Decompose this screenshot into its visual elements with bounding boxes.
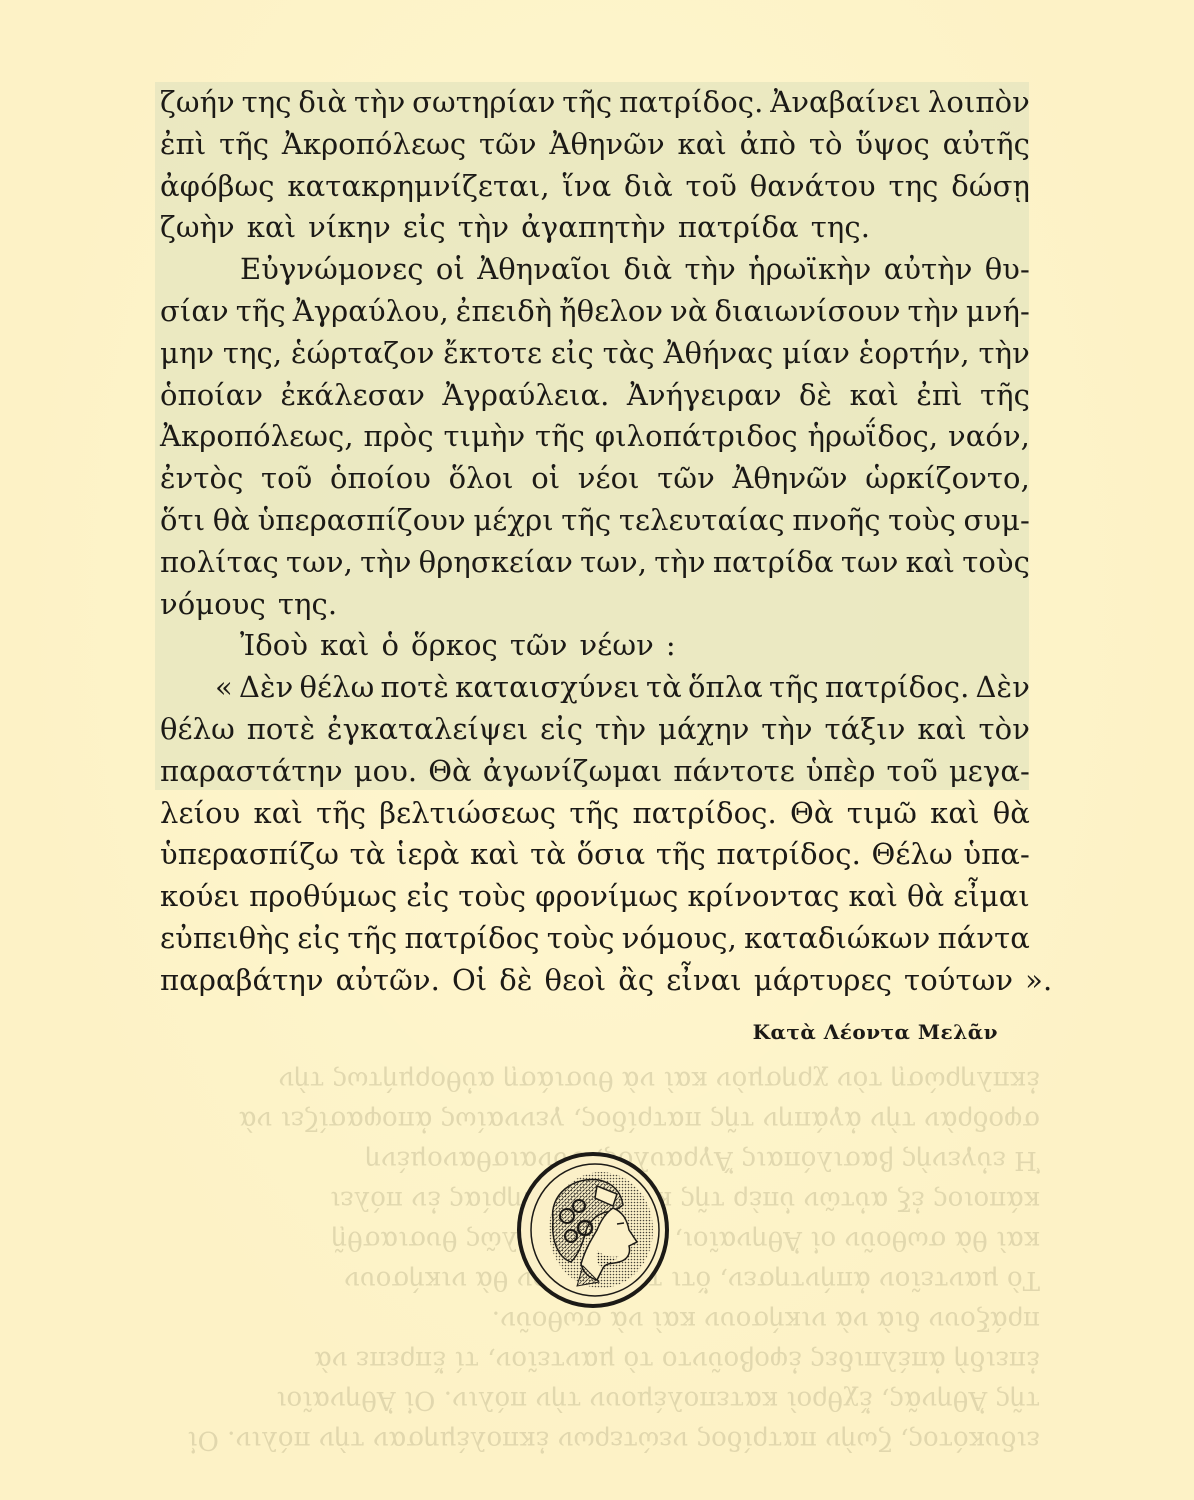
- word: ἡρωϊκὴν: [748, 249, 871, 291]
- word: θρησκείαν: [419, 542, 573, 584]
- word: τὴν: [908, 291, 959, 333]
- word: Ἀκροπόλεως: [282, 124, 466, 166]
- word: Θὰ: [428, 751, 472, 793]
- word: κούει: [160, 876, 240, 918]
- word: τὰ: [646, 667, 682, 709]
- word: ἀγαπητὴν: [521, 207, 666, 249]
- word: τιμὴν: [444, 416, 526, 458]
- text-line: κούειπροθύμωςεἰςτοὺςφρονίμωςκρίνονταςκαὶ…: [160, 876, 1030, 918]
- word: πατρίδος: [405, 918, 540, 960]
- word: τὴν: [354, 82, 405, 124]
- word: καὶ: [470, 834, 519, 876]
- word: ἐκάλεσαν: [281, 375, 425, 417]
- text-line: ὁποίανἐκάλεσανἈγραύλεια.Ἀνήγειρανδὲκαὶἐπ…: [160, 375, 1030, 417]
- word: καὶ: [930, 793, 979, 835]
- word: καὶ: [254, 793, 303, 835]
- word: μάρτυρες: [754, 960, 892, 1002]
- word: τοὺς: [962, 542, 1030, 584]
- text-line: Ἀκροπόλεως,πρὸςτιμὴντῆςφιλοπάτριδοςἡρωΐδ…: [160, 416, 1030, 458]
- word: ἡρωΐδος,: [808, 416, 939, 458]
- word: φιλοπάτριδος: [595, 416, 798, 458]
- word: καὶ: [320, 625, 369, 667]
- word: θανάτου: [750, 166, 876, 208]
- word: τοὺς: [547, 918, 615, 960]
- word: νόμους: [160, 584, 266, 626]
- word: δὲ: [799, 375, 832, 417]
- text-line: σίαντῆςἈγραύλου,ἐπειδὴἤθελοννὰδιαιωνίσου…: [160, 291, 1030, 333]
- word: Θὰ: [790, 793, 834, 835]
- text-line: ΕὐγνώμονεςοἱἈθηναῖοιδιὰτὴνἡρωϊκὴναὐτὴνθυ…: [160, 249, 1030, 291]
- word: αὐτῆς: [943, 124, 1030, 166]
- word: μου.: [354, 751, 418, 793]
- word: θεοὶ: [545, 960, 607, 1002]
- word: καὶ: [906, 542, 955, 584]
- word: οἱ: [531, 458, 560, 500]
- word: παραστάτην: [160, 751, 343, 793]
- word: τὸ: [809, 124, 843, 166]
- word: ὅπλα: [688, 667, 763, 709]
- word: Οἱ: [452, 960, 487, 1002]
- word: ὁποίου: [330, 458, 431, 500]
- word: πρὸς: [364, 416, 434, 458]
- text-line: ἀφόβωςκατακρημνίζεται,ἵναδιὰτοῦθανάτουτη…: [160, 166, 1030, 208]
- word: ἐντὸς: [160, 458, 243, 500]
- word: ἀπὸ: [740, 124, 796, 166]
- word: τῆς: [219, 124, 269, 166]
- word: ἔκτοτε: [443, 333, 542, 375]
- word: τὴν: [595, 709, 646, 751]
- word: εἰς: [403, 207, 446, 249]
- word: μάχην: [658, 709, 750, 751]
- word: τὴν: [458, 207, 509, 249]
- word: τῆς: [316, 793, 366, 835]
- word: πατρίδος.: [825, 667, 969, 709]
- word: νόμους,: [622, 918, 737, 960]
- word: τοῦ: [261, 458, 312, 500]
- word: τῆς: [980, 375, 1030, 417]
- word: καὶ: [247, 207, 296, 249]
- word: διὰ: [623, 249, 672, 291]
- text-line: παραστάτηνμου.Θὰἀγωνίζωμαιπάντοτεὑπὲρτοῦ…: [160, 751, 1030, 793]
- word: λοιπὸν: [928, 82, 1030, 124]
- word: τοὺς: [458, 876, 526, 918]
- text-line: πολίταςτων,τὴνθρησκείαντων,τὴνπατρίδατων…: [160, 542, 1030, 584]
- text-line: μηντης,ἑώρταζονἔκτοτεεἰςτὰςἈθήναςμίανἑορ…: [160, 333, 1030, 375]
- word: δὲ: [499, 960, 532, 1002]
- word: εἰς: [297, 918, 340, 960]
- word: τῆς: [236, 291, 286, 333]
- word: ὡρκίζοντο,: [865, 458, 1030, 500]
- text-line: παραβάτηναὐτῶν.Οἱδὲθεοὶἂςεἶναιμάρτυρεςτο…: [160, 960, 1030, 1002]
- word: τῶν: [479, 124, 537, 166]
- word: πατρίδος.: [632, 793, 776, 835]
- word: νέων: [579, 625, 653, 667]
- word: τῆς: [561, 500, 611, 542]
- word: τάξιν: [824, 709, 905, 751]
- word: ὑπερασπίζουν: [258, 500, 466, 542]
- word: τῆς: [562, 82, 612, 124]
- word: Δὲν: [975, 667, 1029, 709]
- word: ὑπερασπίζω: [160, 834, 339, 876]
- word: συμ-: [963, 500, 1029, 542]
- word: αὐτὴν: [884, 249, 973, 291]
- text-line: ἐπὶτῆςἈκροπόλεωςτῶνἈθηνῶνκαὶἀπὸτὸὕψοςαὐτ…: [160, 124, 1030, 166]
- word: τὰς: [603, 333, 655, 375]
- word: οἱ: [436, 249, 465, 291]
- word: ὁποίαν: [160, 375, 263, 417]
- word: της.: [811, 207, 870, 249]
- word: ἀγωνίζωμαι: [483, 751, 663, 793]
- word: ».: [1025, 960, 1052, 1002]
- text-line: ὑπερασπίζωτὰἱερὰκαὶτὰὅσιατῆςπατρίδος.Θέλ…: [160, 834, 1030, 876]
- word: θὰ: [993, 793, 1030, 835]
- word: «: [215, 667, 233, 709]
- word: της,: [223, 333, 282, 375]
- word: της: [889, 166, 939, 208]
- word: εὐπειθὴς: [160, 918, 290, 960]
- text-line: εὐπειθὴςεἰςτῆςπατρίδοςτοὺςνόμους,καταδιώ…: [160, 918, 1030, 960]
- word: εἶναι: [666, 960, 741, 1002]
- author-attribution: Κατὰ Λέοντα Μελᾶν: [753, 1020, 998, 1044]
- word: ἐγκαταλείψει: [327, 709, 528, 751]
- word: θὰ: [213, 500, 250, 542]
- text-line: νόμουςτης.: [160, 584, 1030, 626]
- word: διὰ: [298, 82, 347, 124]
- text-line: ἐντὸςτοῦὁποίουὅλοιοἱνέοιτῶνἈθηνῶνὡρκίζον…: [160, 458, 1030, 500]
- word: εἰς: [551, 333, 594, 375]
- word: ὅλοι: [449, 458, 514, 500]
- word: τῆς: [347, 918, 397, 960]
- paragraph-1: ζωήντηςδιὰτὴνσωτηρίαντῆςπατρίδος.Ἀναβαίν…: [160, 82, 1030, 249]
- book-page: ειδυκότος, ζωὴν πατρίδος νεώτερων ἐκπολέ…: [0, 0, 1194, 1500]
- word: εἶμαι: [953, 876, 1030, 918]
- word: των,: [286, 542, 353, 584]
- word: ὑπὲρ: [806, 751, 876, 793]
- word: ἐπὶ: [160, 124, 206, 166]
- word: εἰς: [406, 876, 449, 918]
- text-line: θέλωποτὲἐγκαταλείψειεἰςτὴνμάχηντὴντάξινκ…: [160, 709, 1030, 751]
- word: πατρίδος.: [717, 834, 861, 876]
- word: ἂς: [618, 960, 654, 1002]
- word: θὰ: [907, 876, 944, 918]
- word: τελευταίας: [619, 500, 785, 542]
- word: Εὐγνώμονες: [240, 249, 424, 291]
- word: φρονίμως: [535, 876, 678, 918]
- text-line: λείουκαὶτῆςβελτιώσεωςτῆςπατρίδος.Θὰτιμῶκ…: [160, 793, 1030, 835]
- word: σίαν: [160, 291, 229, 333]
- word: Ἀθηνῶν: [549, 124, 664, 166]
- text-line: ζωὴνκαὶνίκηνεἰςτὴνἀγαπητὴνπατρίδατης.: [160, 207, 1030, 249]
- word: πατρίδος.: [619, 82, 763, 124]
- word: καταδιώκων: [744, 918, 930, 960]
- word: καὶ: [917, 709, 966, 751]
- word: ἑορτήν,: [859, 333, 970, 375]
- main-text: ζωήντηςδιὰτὴνσωτηρίαντῆςπατρίδος.Ἀναβαίν…: [160, 82, 1030, 1002]
- word: τοῦ: [686, 166, 737, 208]
- word: της.: [278, 584, 337, 626]
- word: τὴν: [684, 249, 735, 291]
- word: τὴν: [979, 333, 1030, 375]
- word: ὑπα-: [963, 834, 1029, 876]
- word: μην: [160, 333, 214, 375]
- word: τῶν: [657, 458, 715, 500]
- word: τῶν: [510, 625, 568, 667]
- word: πατρίδα: [713, 542, 834, 584]
- word: Ἰδοὺ: [240, 625, 308, 667]
- word: τὴν: [761, 709, 812, 751]
- word: Ἀγραύλεια.: [442, 375, 609, 417]
- word: προθύμως: [249, 876, 397, 918]
- word: κατακρημνίζεται,: [287, 166, 549, 208]
- word: τὴν: [360, 542, 411, 584]
- word: Ἀθήνας: [664, 333, 774, 375]
- word: ζωήν: [160, 82, 235, 124]
- word: τοῦ: [886, 751, 937, 793]
- word: ἐπὶ: [916, 375, 962, 417]
- text-line: Ἰδοὺκαὶὁὅρκοςτῶννέων:: [160, 625, 1030, 667]
- word: ποτὲ: [380, 667, 449, 709]
- word: :: [666, 625, 676, 667]
- word: λείου: [160, 793, 240, 835]
- word: Ἀθηναῖοι: [477, 249, 611, 291]
- word: μίαν: [782, 333, 850, 375]
- word: ὅσια: [577, 834, 646, 876]
- word: παραβάτην: [160, 960, 324, 1002]
- word: εἰς: [540, 709, 583, 751]
- word: ἵνα: [562, 166, 611, 208]
- word: διαιωνίσουν: [715, 291, 901, 333]
- word: τὸν: [979, 709, 1030, 751]
- word: ποτὲ: [247, 709, 316, 751]
- word: τοὺς: [888, 500, 956, 542]
- word: νὰ: [670, 291, 707, 333]
- text-line: ζωήντηςδιὰτὴνσωτηρίαντῆςπατρίδος.Ἀναβαίν…: [160, 82, 1030, 124]
- word: μέχρι: [473, 500, 553, 542]
- word: της: [242, 82, 292, 124]
- text-line: «Δὲνθέλωποτὲκαταισχύνειτὰὅπλατῆςπατρίδος…: [160, 667, 1030, 709]
- word: τὴν: [654, 542, 705, 584]
- word: τὰ: [350, 834, 386, 876]
- word: τῆς: [569, 793, 619, 835]
- word: σωτηρίαν: [412, 82, 555, 124]
- word: ὅτι: [160, 500, 205, 542]
- word: ναόν,: [948, 416, 1030, 458]
- word: αὐτῶν.: [336, 960, 440, 1002]
- word: καὶ: [850, 375, 899, 417]
- word: τῆς: [769, 667, 819, 709]
- word: τὰ: [530, 834, 566, 876]
- word: καταισχύνει: [455, 667, 640, 709]
- word: πνοῆς: [792, 500, 880, 542]
- word: κρίνοντας: [687, 876, 839, 918]
- word: καὶ: [849, 876, 898, 918]
- word: Ἀνήγειραν: [627, 375, 782, 417]
- word: ζωὴν: [160, 207, 235, 249]
- word: Θέλω: [872, 834, 953, 876]
- word: ὕψος: [855, 124, 929, 166]
- word: νέοι: [578, 458, 640, 500]
- word: θυ-: [985, 249, 1030, 291]
- word: πάντα: [938, 918, 1030, 960]
- word: βελτιώσεως: [379, 793, 556, 835]
- word: πάντοτε: [673, 751, 795, 793]
- word: νίκην: [308, 207, 391, 249]
- word: θέλω: [160, 709, 235, 751]
- word: δώσῃ: [951, 166, 1030, 208]
- word: ὅρκος: [411, 625, 498, 667]
- oath-quote: «Δὲνθέλωποτὲκαταισχύνειτὰὅπλατῆςπατρίδος…: [160, 667, 1030, 1001]
- word: μνή-: [966, 291, 1030, 333]
- word: Ἀγραύλου,: [293, 291, 449, 333]
- text-line: ὅτιθὰὑπερασπίζουνμέχριτῆςτελευταίαςπνοῆς…: [160, 500, 1030, 542]
- word: διὰ: [624, 166, 673, 208]
- word: Ἀκροπόλεως,: [160, 416, 354, 458]
- word: τούτων: [904, 960, 1013, 1002]
- word: των,: [580, 542, 647, 584]
- word: τιμῶ: [847, 793, 917, 835]
- word: Δὲν: [239, 667, 293, 709]
- word: Ἀθηνῶν: [732, 458, 847, 500]
- word: τῆς: [535, 416, 585, 458]
- word: καὶ: [677, 124, 726, 166]
- word: Ἀναβαίνει: [770, 82, 921, 124]
- word: ἐπειδὴ: [456, 291, 552, 333]
- word: ὁ: [381, 625, 399, 667]
- word: μεγα-: [949, 751, 1030, 793]
- paragraph-2: ΕὐγνώμονεςοἱἈθηναῖοιδιὰτὴνἡρωϊκὴναὐτὴνθυ…: [160, 249, 1030, 625]
- coin-illustration: [513, 1150, 673, 1310]
- word: πατρίδα: [678, 207, 799, 249]
- paragraph-3: Ἰδοὺκαὶὁὅρκοςτῶννέων:: [160, 625, 1030, 667]
- word: ἀφόβως: [160, 166, 275, 208]
- word: πολίτας: [160, 542, 279, 584]
- word: των: [841, 542, 899, 584]
- word: ἱερὰ: [396, 834, 459, 876]
- word: τῆς: [656, 834, 706, 876]
- word: ἤθελον: [559, 291, 663, 333]
- word: ἑώρταζον: [291, 333, 435, 375]
- word: θέλω: [299, 667, 374, 709]
